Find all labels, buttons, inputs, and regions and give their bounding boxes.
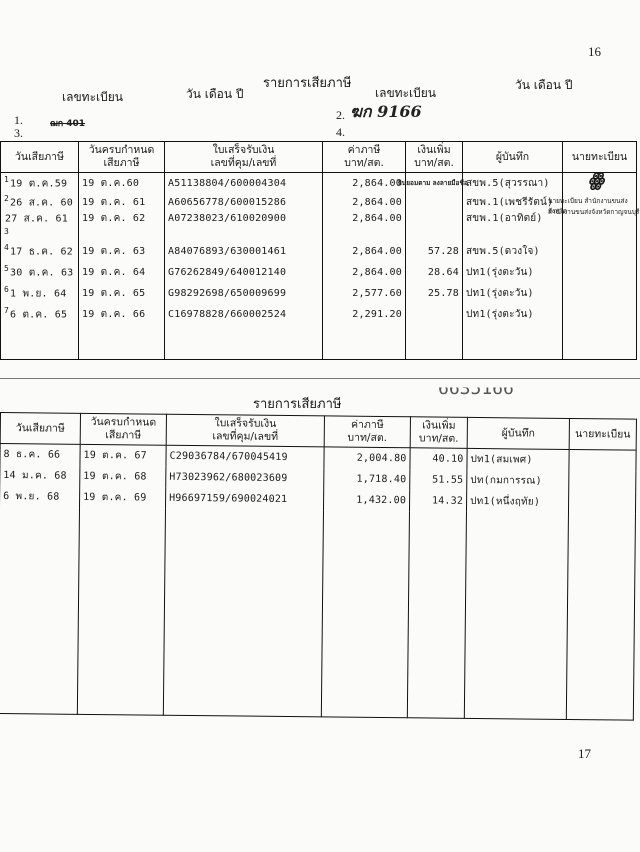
paid-date: 6 พ.ย. 68: [3, 491, 60, 503]
surcharge-cell: [406, 227, 463, 241]
blank-cell: [323, 325, 406, 360]
col-header-registrar: นายทะเบียน: [563, 142, 637, 173]
officer-note-2: สำนักงานขนส่งจังหวัดกาญจนบุรี: [548, 207, 639, 217]
paid-date-cell: 119 ต.ค.59: [1, 173, 79, 195]
due-date-cell: 19 ต.ค. 62: [79, 210, 165, 226]
registrar-signature: ꙮ: [588, 170, 604, 191]
blank-cell: [1, 325, 79, 360]
recorder-cell: [463, 227, 563, 241]
recorder-cell: ปท1(สมเพศ): [467, 448, 569, 471]
table-row: 417 ธ.ค. 6219 ต.ค. 63A84076893/630001461…: [1, 241, 637, 262]
page-number-bottom: 17: [578, 746, 591, 762]
paid-date-cell: 3: [1, 227, 79, 241]
reg-index-4: 4.: [336, 125, 345, 140]
table-row: 530 ต.ค. 6319 ต.ค. 64G76262849/640012140…: [1, 262, 637, 283]
blank-cell: [79, 325, 165, 360]
paid-date-cell: 27 ส.ค. 61: [1, 210, 79, 226]
paid-date-cell: 76 ต.ค. 65: [1, 304, 79, 325]
surcharge-cell: 51.55: [410, 469, 467, 491]
receipt-number-cell: C29036784/670045419: [166, 445, 324, 468]
section2-title: รายการเสียภาษี: [253, 393, 342, 414]
col-header-tax: ค่าภาษี บาท/สต.: [324, 416, 410, 448]
paid-date-cell: 61 พ.ย. 64: [1, 283, 79, 304]
date-label-right: วัน เดือน ปี: [515, 76, 573, 95]
surcharge-cell: 25.78: [406, 283, 463, 304]
receipt-number-cell: G76262849/640012140: [165, 262, 323, 283]
tax-amount-cell: 2,291.20: [323, 304, 406, 325]
due-date-cell: 19 ต.ค. 68: [80, 466, 166, 488]
row-index: 5: [4, 264, 9, 273]
receipt-number-cell: H96697159/690024021: [165, 488, 323, 511]
tax-amount-cell: [323, 227, 406, 241]
receipt-number-cell: A51138804/600004304: [165, 173, 323, 195]
table-header-row: วันเสียภาษี วันครบกำหนด เสียภาษี ใบเสร็จ…: [1, 142, 637, 173]
registrar-cell: [563, 241, 637, 262]
stamp-number: 6635166: [438, 378, 514, 399]
surcharge-cell: [406, 304, 463, 325]
col-header-paid-date: วันเสียภาษี: [0, 413, 80, 445]
table-row: 27 ส.ค. 6119 ต.ค. 62A07238023/6100209002…: [1, 210, 637, 226]
blank-cell: [566, 513, 635, 720]
col-header-receipt: ใบเสร็จรับเงิน เลขที่คุม/เลขที่: [165, 142, 323, 173]
tax-amount-cell: 1,432.00: [323, 489, 409, 511]
tax-amount-cell: 2,577.60: [323, 283, 406, 304]
tax-table-section1: วันเสียภาษี วันครบกำหนด เสียภาษี ใบเสร็จ…: [0, 141, 637, 360]
page-number-top: 16: [588, 44, 601, 60]
tax-amount-cell: 2,864.00: [323, 173, 406, 195]
table-row: 61 พ.ย. 6419 ต.ค. 65G98292698/6500096992…: [1, 283, 637, 304]
surcharge-cell: 57.28: [406, 241, 463, 262]
reg-value-1-struck: ฌก 401: [50, 116, 85, 130]
due-date-cell: 19 ต.ค. 64: [79, 262, 165, 283]
receipt-number-cell: [165, 227, 323, 241]
blank-cell: [407, 511, 466, 718]
col-header-recorder: ผู้บันทึก: [463, 142, 563, 173]
reg-index-3: 3.: [14, 126, 23, 141]
surcharge-cell: 40.10: [410, 448, 467, 470]
row-index: 1: [4, 175, 9, 184]
blank-cell: [77, 508, 165, 715]
approval-stamp-line: ยินยอมตาม ลงลายมือชื่อ: [398, 178, 468, 188]
surcharge-cell: 28.64: [406, 262, 463, 283]
tax-table-section2: วันเสียภาษี วันครบกำหนด เสียภาษี ใบเสร็จ…: [0, 412, 637, 721]
table-row: 76 ต.ค. 6519 ต.ค. 66C16978828/6600025242…: [1, 304, 637, 325]
col-header-recorder: ผู้บันทึก: [467, 417, 569, 449]
date-label-left: วัน เดือน ปี: [186, 85, 244, 104]
tax-amount-cell: 2,864.00: [323, 210, 406, 226]
tax-amount-cell: 2,864.00: [323, 194, 406, 210]
registrar-cell: [563, 304, 637, 325]
receipt-number-cell: G98292698/650009699: [165, 283, 323, 304]
reg-value-2-handwritten: ฆก 9166: [350, 100, 422, 125]
recorder-cell: ปท1(รุ่งตะวัน): [463, 304, 563, 325]
paid-date-cell: 8 ธ.ค. 66: [0, 444, 80, 466]
paid-date: 14 ม.ค. 68: [3, 470, 67, 482]
row-index: 4: [4, 243, 9, 252]
paid-date-cell: 226 ส.ค. 60: [1, 194, 79, 210]
paid-date-cell: 14 ม.ค. 68: [0, 465, 80, 487]
registrar-cell: [563, 227, 637, 241]
row-index: 2: [4, 194, 9, 203]
tax-amount-cell: 2,864.00: [323, 262, 406, 283]
blank-cell: [163, 509, 323, 717]
paid-date: 6 ต.ค. 65: [10, 310, 67, 321]
paid-date: 26 ส.ค. 60: [10, 197, 73, 208]
registrar-cell: [569, 471, 636, 493]
registrar-cell: [569, 449, 636, 471]
due-date-cell: 19 ต.ค. 67: [80, 444, 166, 466]
paid-date-cell: 530 ต.ค. 63: [1, 262, 79, 283]
surcharge-cell: 14.32: [409, 490, 466, 512]
receipt-number-cell: C16978828/660002524: [165, 304, 323, 325]
col-header-tax: ค่าภาษี บาท/สต.: [323, 142, 406, 173]
blank-cell: [0, 507, 80, 714]
surcharge-cell: [406, 210, 463, 226]
reg-index-2: 2.: [336, 108, 345, 123]
due-date-cell: 19 ต.ค.60: [79, 173, 165, 195]
registrar-cell: [568, 492, 635, 514]
col-header-receipt: ใบเสร็จรับเงิน เลขที่คุม/เลขที่: [166, 414, 324, 447]
due-date-cell: 19 ต.ค. 63: [79, 241, 165, 262]
due-date-cell: 19 ต.ค. 69: [80, 487, 166, 509]
registrar-cell: [563, 283, 637, 304]
table-row: 3: [1, 227, 637, 241]
paid-date-cell: 6 พ.ย. 68: [0, 486, 80, 508]
due-date-cell: 19 ต.ค. 65: [79, 283, 165, 304]
table-blank-area: [0, 507, 635, 720]
surcharge-cell: [406, 194, 463, 210]
recorder-cell: ปท(กมการรณ): [467, 470, 569, 492]
col-header-paid-date: วันเสียภาษี: [1, 142, 79, 173]
receipt-number-cell: H73023962/680023609: [166, 467, 324, 490]
col-header-registrar: นายทะเบียน: [569, 418, 636, 450]
paid-date-cell: 417 ธ.ค. 62: [1, 241, 79, 262]
col-header-due-date: วันครบกำหนด เสียภาษี: [80, 413, 166, 445]
paid-date: 8 ธ.ค. 66: [3, 449, 60, 461]
blank-cell: [563, 325, 637, 360]
row-index: 6: [4, 285, 9, 294]
section-divider: [0, 378, 640, 379]
col-header-surcharge: เงินเพิ่ม บาท/สต.: [406, 142, 463, 173]
tax-amount-cell: 2,004.80: [324, 447, 410, 469]
blank-cell: [165, 325, 323, 360]
row-index: 3: [4, 227, 9, 236]
section1-title: รายการเสียภาษี: [263, 72, 352, 93]
registrar-cell: [563, 262, 637, 283]
receipt-number-cell: A84076893/630001461: [165, 241, 323, 262]
recorder-cell: สขพ.5(สุวรรณา): [463, 173, 563, 195]
blank-cell: [464, 512, 568, 720]
paid-date: 30 ต.ค. 63: [10, 268, 73, 279]
paid-date: 1 พ.ย. 64: [10, 289, 66, 300]
recorder-cell: สขพ.5(ดวงใจ): [463, 241, 563, 262]
tax-amount-cell: 1,718.40: [324, 468, 410, 490]
paid-date: 19 ต.ค.59: [10, 179, 67, 190]
recorder-cell: ปท1(รุ่งตะวัน): [463, 262, 563, 283]
recorder-cell: ปท1(หนึ่งฤทัย): [466, 491, 568, 513]
table-blank-area: [1, 325, 637, 360]
col-header-surcharge: เงินเพิ่ม บาท/สต.: [410, 417, 467, 449]
blank-cell: [406, 325, 463, 360]
due-date-cell: 19 ต.ค. 61: [79, 194, 165, 210]
receipt-number-cell: A60656778/600015286: [165, 194, 323, 210]
due-date-cell: 19 ต.ค. 66: [79, 304, 165, 325]
col-header-due-date: วันครบกำหนด เสียภาษี: [79, 142, 165, 173]
table-row: 119 ต.ค.5919 ต.ค.60A51138804/6000043042,…: [1, 173, 637, 195]
paid-date: 27 ส.ค. 61: [5, 214, 68, 225]
receipt-number-cell: A07238023/610020900: [165, 210, 323, 226]
paid-date: 17 ธ.ค. 62: [10, 247, 73, 258]
row-index: 7: [4, 306, 9, 315]
table-row: 226 ส.ค. 6019 ต.ค. 61A60656778/600015286…: [1, 194, 637, 210]
tax-amount-cell: 2,864.00: [323, 241, 406, 262]
blank-cell: [463, 325, 563, 360]
reg-label-left: เลขทะเบียน: [62, 88, 123, 107]
due-date-cell: [79, 227, 165, 241]
recorder-cell: ปท1(รุ่งตะวัน): [463, 283, 563, 304]
blank-cell: [321, 510, 409, 717]
